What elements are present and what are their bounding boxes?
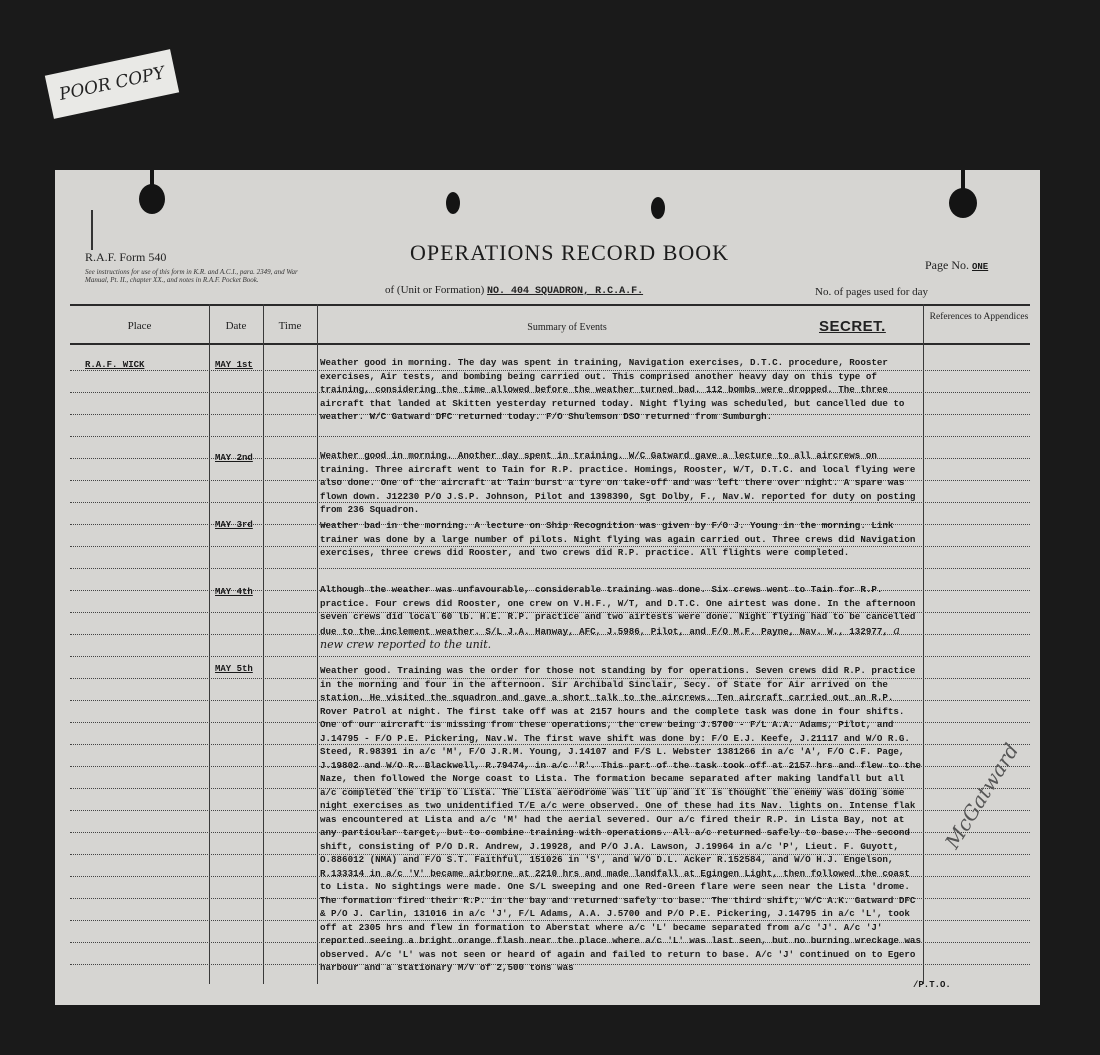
column-divider (263, 304, 264, 984)
column-header-time: Time (263, 320, 317, 332)
column-header-date: Date (209, 320, 263, 332)
signature: McGatward (940, 739, 1023, 853)
page-no-value: ONE (972, 262, 988, 272)
binder-hole-icon (949, 188, 977, 218)
entry-summary: Weather good in morning. The day was spe… (320, 356, 925, 424)
unit-label: of (Unit or Formation) (385, 284, 484, 296)
pages-used-label: No. of pages used for day (815, 286, 928, 298)
entry-summary: Weather bad in the morning. A lecture on… (320, 519, 925, 560)
page-no-label: Page No. (925, 258, 969, 272)
continuation-marker: /P.T.O. (913, 980, 951, 990)
unit-value: NO. 404 SQUADRON, R.C.A.F. (487, 286, 643, 297)
unit-field: of (Unit or Formation) NO. 404 SQUADRON,… (385, 284, 643, 297)
entry-date: MAY 2nd (215, 453, 253, 463)
ruled-line (70, 656, 1030, 657)
margin-tick (91, 210, 93, 250)
header-rule (70, 343, 1030, 345)
place-value: R.A.F. WICK (85, 360, 144, 370)
column-divider (317, 304, 318, 984)
punch-hole-icon (651, 197, 665, 219)
punch-hole-icon (446, 192, 460, 214)
form-instructions: See instructions for use of this form in… (85, 268, 300, 284)
entry-summary: Weather good in morning. Another day spe… (320, 449, 925, 517)
ruled-line (70, 436, 1030, 437)
entry-date: MAY 5th (215, 664, 253, 674)
entry-summary: Although the weather was unfavourable, c… (320, 583, 925, 653)
entry-summary: Weather good. Training was the order for… (320, 664, 925, 975)
poor-copy-stamp: POOR COPY (45, 49, 179, 119)
poor-copy-text: POOR COPY (58, 63, 167, 105)
header-rule (70, 304, 1030, 306)
column-header-place: Place (70, 320, 209, 332)
column-header-references: References to Appendices (924, 312, 1034, 323)
entry-typed-text: Although the weather was unfavourable, c… (320, 584, 915, 637)
column-header-summary: Summary of Events (317, 322, 817, 333)
entry-date: MAY 1st (215, 360, 253, 370)
form-number: R.A.F. Form 540 (85, 250, 166, 265)
column-divider (209, 304, 210, 984)
operations-record-sheet: R.A.F. Form 540 See instructions for use… (55, 170, 1040, 1005)
binder-hole-stem (150, 170, 154, 185)
page-title: OPERATIONS RECORD BOOK (410, 240, 729, 266)
security-classification: SECRET. (819, 318, 886, 335)
binder-hole-icon (139, 184, 165, 214)
binder-hole-stem (961, 170, 965, 190)
ruled-line (70, 568, 1030, 569)
entry-date: MAY 4th (215, 587, 253, 597)
page-number: Page No. ONE (925, 258, 988, 273)
entry-date: MAY 3rd (215, 520, 253, 530)
